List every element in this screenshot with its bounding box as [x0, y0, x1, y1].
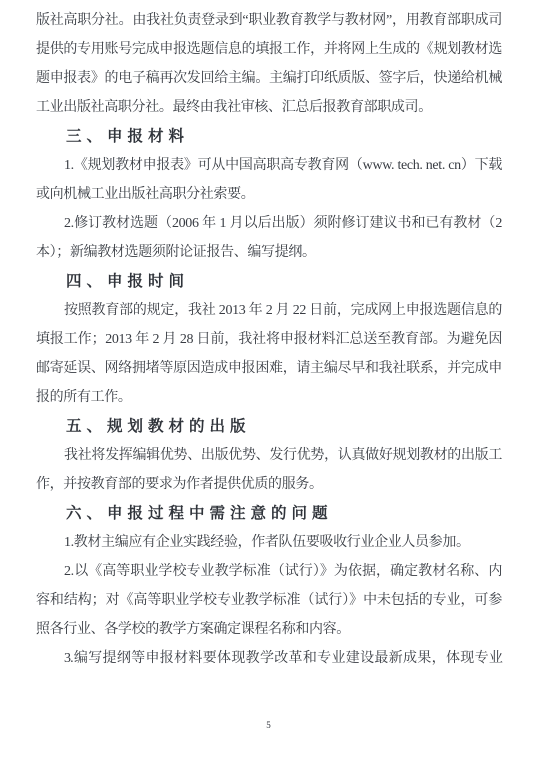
paragraph-revised-textbook-requirements: 2.修订教材选题（2006 年 1 月以后出版）须附修订建议书和已有教材（2 本… — [36, 209, 502, 267]
paragraph-note-editor-experience: 1.教材主编应有企业实践经验，作者队伍要吸收行业企业人员参加。 — [36, 528, 502, 557]
page-number: 5 — [0, 718, 537, 732]
section-heading-application-time: 四、申报时间 — [36, 267, 502, 296]
paragraph-application-form-download: 1.《规划教材申报表》可从中国高职高专教育网（www. tech. net. c… — [36, 151, 502, 209]
paragraph-publication-commitment: 我社将发挥编辑优势、出版优势、发行优势，认真做好规划教材的出版工作，并按教育部的… — [36, 441, 502, 499]
section-heading-application-materials: 三、申报材料 — [36, 122, 502, 151]
paragraph-application-deadlines: 按照教育部的规定，我社 2013 年 2 月 22 日前，完成网上申报选题信息的… — [36, 296, 502, 412]
section-heading-textbook-publication: 五、规划教材的出版 — [36, 412, 502, 441]
paragraph-note-teaching-standards: 2.以《高等职业学校专业教学标准（试行）》为依据，确定教材名称、内容和结构；对《… — [36, 557, 502, 644]
section-heading-application-notes: 六、申报过程中需注意的问题 — [36, 499, 502, 528]
paragraph-note-outline-requirements: 3.编写提纲等申报材料要体现教学改革和专业建设最新成果，体现专业 — [36, 644, 502, 673]
document-content: 版社高职分社。由我社负责登录到“职业教育教学与教材网”，用教育部职成司提供的专用… — [36, 6, 502, 673]
paragraph-continuation-submission-process: 版社高职分社。由我社负责登录到“职业教育教学与教材网”，用教育部职成司提供的专用… — [36, 6, 502, 122]
document-page: 版社高职分社。由我社负责登录到“职业教育教学与教材网”，用教育部职成司提供的专用… — [0, 0, 537, 757]
